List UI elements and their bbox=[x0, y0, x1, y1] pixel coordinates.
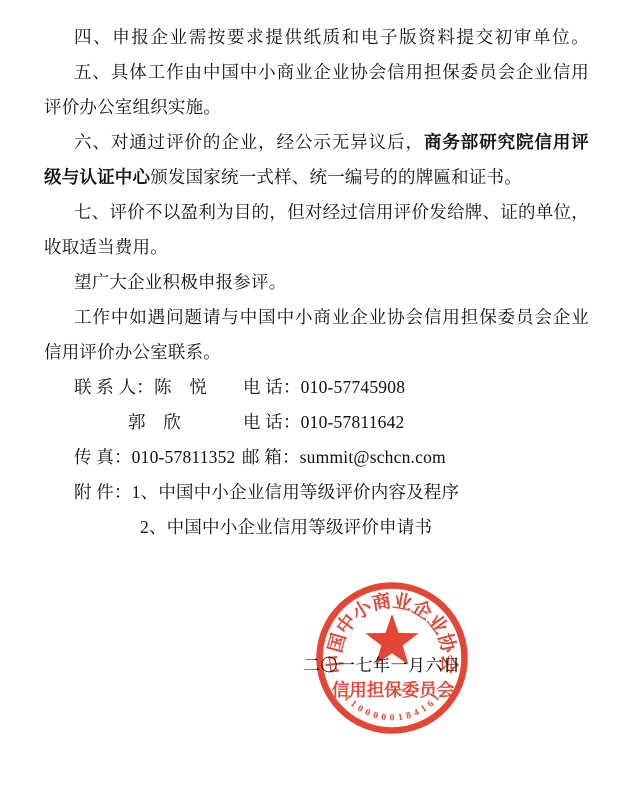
seal-char: 0 bbox=[381, 713, 387, 724]
paragraph-text: 收取适当费用。 bbox=[44, 237, 168, 257]
body-line: 评价办公室组织实施。 bbox=[44, 97, 589, 121]
document-date: 二〇一七年一月六日 bbox=[303, 651, 461, 676]
body-line: 七、评价不以盈利为目的，但对经过信用评价发给牌、证的单位， bbox=[44, 202, 589, 226]
seal-char: 0 bbox=[363, 708, 372, 719]
body-line: 级与认证中心颁发国家统一式样、统一编号的的牌匾和证书。 bbox=[44, 167, 589, 191]
seal-char: 1 bbox=[397, 713, 403, 724]
contact-phone-2: 电 话：010-57811642 bbox=[243, 412, 405, 432]
attachment-item-2: 2、中国中小企业信用等级评价申请书 bbox=[140, 517, 432, 537]
paragraph-text: 七、评价不以盈利为目的，但对经过信用评价发给牌、证的单位， bbox=[74, 202, 589, 222]
contact-person-label: 联 系 人：陈 悦 bbox=[74, 377, 207, 397]
attachment-item-1: 附 件：1、中国中小企业信用等级评价内容及程序 bbox=[74, 482, 459, 502]
body-line: 工作中如遇问题请与中国中小商业企业协会信用担保委员会企业 bbox=[44, 307, 589, 331]
body-line: 信用评价办公室联系。 bbox=[44, 342, 589, 366]
contact-person-2: 郭 欣 bbox=[128, 412, 181, 432]
paragraph-text: 信用评价办公室联系。 bbox=[44, 342, 221, 362]
seal-char: 8 bbox=[405, 711, 413, 722]
seal-char: 0 bbox=[355, 704, 365, 715]
body-line: 望广大企业积极申报参评。 bbox=[44, 272, 589, 296]
body-line: 收取适当费用。 bbox=[44, 237, 589, 261]
paragraph-text: 颁发国家统一式样、统一编号的的牌匾和证书。 bbox=[150, 167, 522, 187]
contact-phone-1: 电 话：010-57745908 bbox=[243, 377, 405, 397]
seal-char: 4 bbox=[412, 708, 421, 719]
paragraph-text: 望广大企业积极申报参评。 bbox=[74, 272, 286, 292]
document-page: 四、申报企业需按要求提供纸质和电子版资料提交初审单位。 五、具体工作由中国中小商… bbox=[0, 0, 633, 812]
body-line: 四、申报企业需按要求提供纸质和电子版资料提交初审单位。 bbox=[44, 27, 589, 51]
paragraph-text-bold: 商务部研究院信用评 bbox=[424, 132, 589, 152]
seal-char: 0 bbox=[390, 714, 395, 724]
contact-fax: 传 真：010-57811352 bbox=[74, 447, 236, 467]
paragraph-text-bold: 级与认证中心 bbox=[44, 167, 150, 187]
body-line: 五、具体工作由中国中小商业企业协会信用担保委员会企业信用 bbox=[44, 62, 589, 86]
body-line: 六、对通过评价的企业，经公示无异议后，商务部研究院信用评 bbox=[44, 132, 589, 156]
paragraph-text: 评价办公室组织实施。 bbox=[44, 97, 221, 117]
contact-email: 邮 箱：summit@schcn.com bbox=[242, 447, 446, 467]
paragraph-text: 六、对通过评价的企业，经公示无异议后， bbox=[74, 132, 424, 152]
paragraph-text: 五、具体工作由中国中小商业企业协会信用担保委员会企业信用 bbox=[74, 62, 589, 82]
paragraph-text: 四、申报企业需按要求提供纸质和电子版资料提交初审单位。 bbox=[74, 27, 589, 47]
seal-char: 商 bbox=[370, 589, 393, 615]
seal-char: 0 bbox=[372, 711, 380, 722]
paragraph-text: 工作中如遇问题请与中国中小商业企业协会信用担保委员会企业 bbox=[74, 307, 589, 327]
